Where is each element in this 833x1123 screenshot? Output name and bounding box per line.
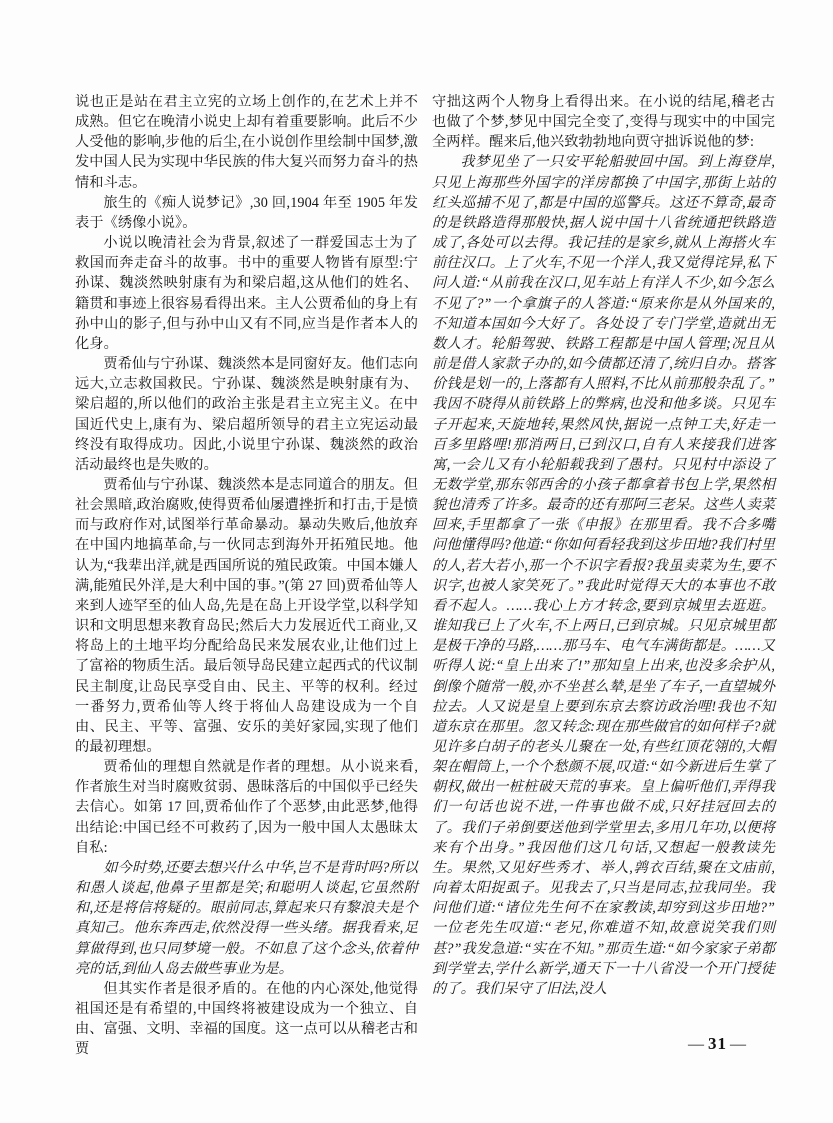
page-number-right-dash: — — [730, 1036, 747, 1053]
text-columns: 说也正是站在君主立宪的立场上创作的,在艺术上并不成熟。但它在晚清小说史上却有着重… — [75, 92, 775, 1060]
right-column: 守拙这两个人物身上看得出来。在小说的结尾,稽老古也做了个梦,梦见中国完全变了,变… — [432, 92, 775, 1060]
quote-paragraph: 我梦见坐了一只安平轮船驶回中国。到上海登岸,只见上海那些外国字的洋房都换了中国字… — [432, 152, 775, 999]
page-number: —31— — [688, 1034, 747, 1054]
paragraph: 小说以晚清社会为背景,叙述了一群爱国志士为了救国而奔走奋斗的故事。书中的重要人物… — [75, 233, 418, 354]
paragraph: 贾希仙的理想自然就是作者的理想。从小说来看,作者旅生对当时腐败贫弱、愚昧落后的中… — [75, 757, 418, 858]
document-page: 说也正是站在君主立宪的立场上创作的,在艺术上并不成熟。但它在晚清小说史上却有着重… — [0, 0, 833, 1123]
paragraph: 但其实作者是很矛盾的。在他的内心深处,他觉得祖国还是有希望的,中国终将被建设成为… — [75, 979, 418, 1060]
paragraph: 贾希仙与宁孙谋、魏淡然本是志同道合的朋友。但社会黑暗,政治腐败,使得贾希仙屡遭挫… — [75, 475, 418, 757]
paragraph: 旅生的《痴人说梦记》,30 回,1904 年至 1905 年发表于《绣像小说》。 — [75, 193, 418, 233]
paragraph: 说也正是站在君主立宪的立场上创作的,在艺术上并不成熟。但它在晚清小说史上却有着重… — [75, 92, 418, 193]
paragraph: 贾希仙与宁孙谋、魏淡然本是同窗好友。他们志向远大,立志救国救民。宁孙谋、魏淡然是… — [75, 354, 418, 475]
page-number-left-dash: — — [688, 1036, 705, 1053]
page-number-value: 31 — [705, 1034, 730, 1053]
left-column: 说也正是站在君主立宪的立场上创作的,在艺术上并不成熟。但它在晚清小说史上却有着重… — [75, 92, 418, 1060]
quote-paragraph: 如今时势,还要去想兴什么中华,岂不是背时吗?所以和愚人谈起,他鼻子里都是笑;和聪… — [75, 858, 418, 979]
paragraph: 守拙这两个人物身上看得出来。在小说的结尾,稽老古也做了个梦,梦见中国完全变了,变… — [432, 92, 775, 152]
